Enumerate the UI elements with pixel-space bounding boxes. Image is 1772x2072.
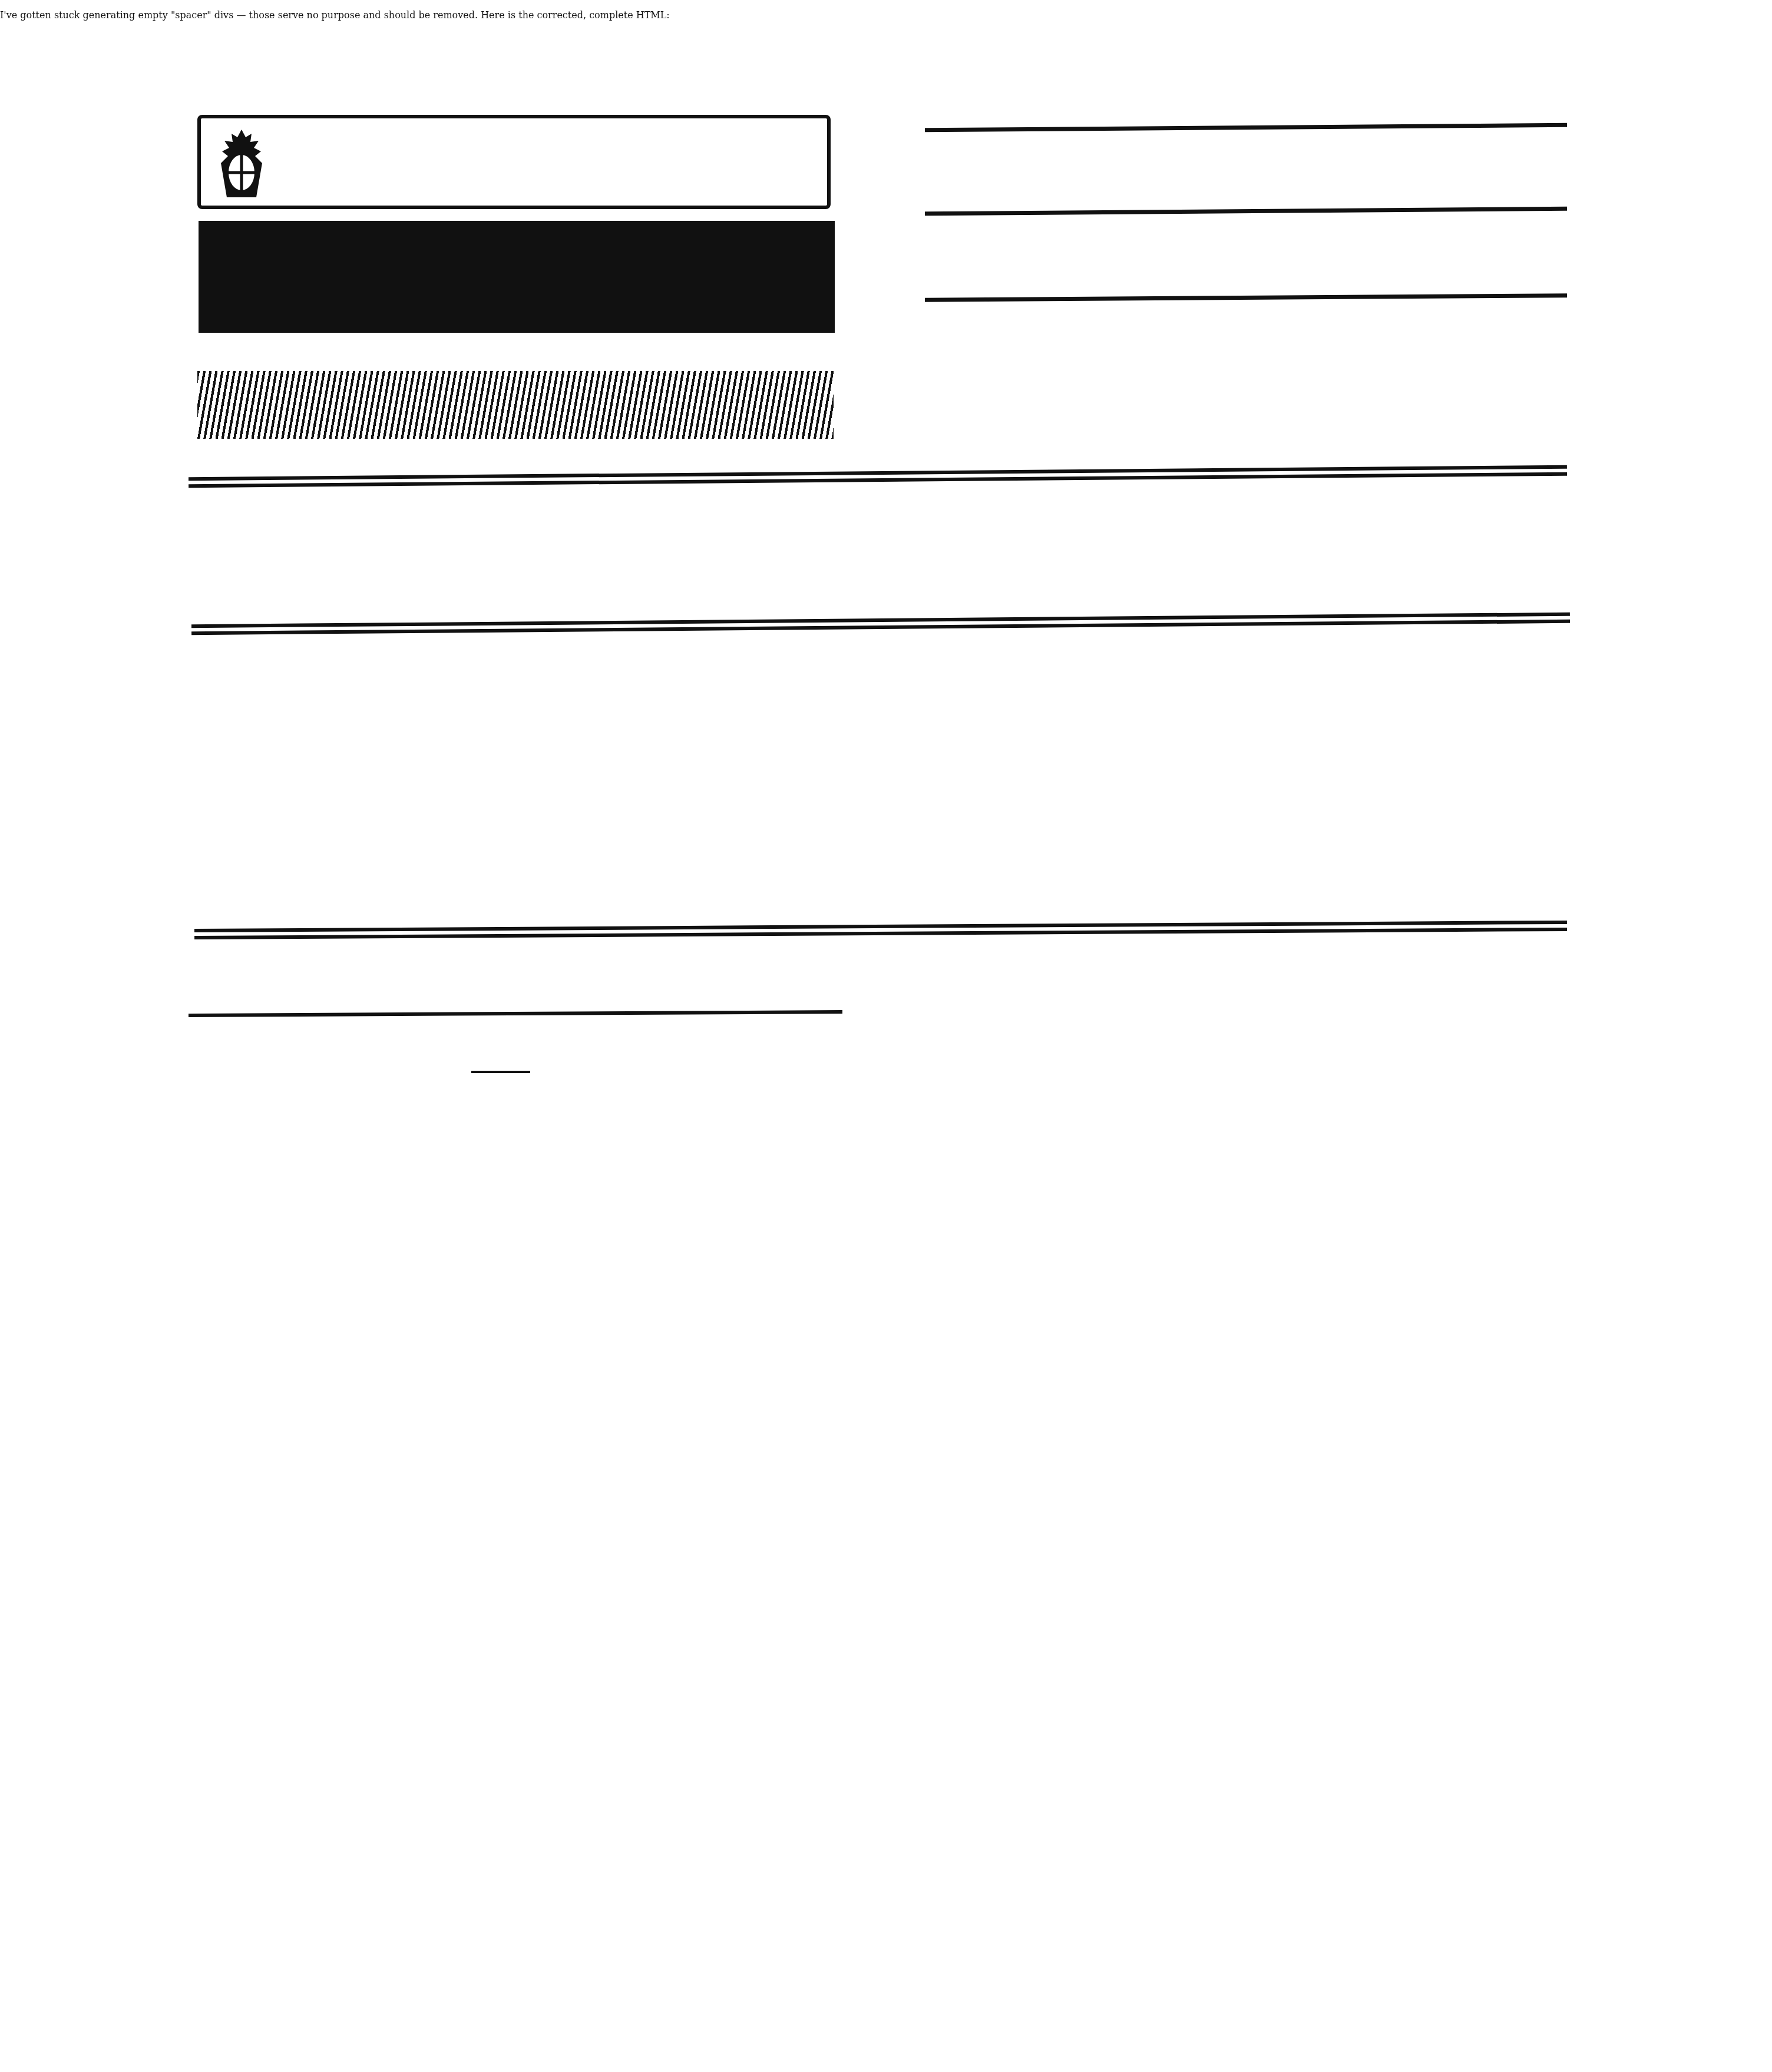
coat-of-arms-icon [215,127,268,203]
divider-sumario-bottom [191,613,1570,635]
header-rule-1 [925,123,1567,133]
masthead-oficial-block [199,221,835,333]
section-rule [189,1010,842,1017]
ministry-underline [471,1071,530,1073]
header-rule-2 [925,207,1567,216]
documentos-band [197,371,834,439]
header-rule-3 [925,293,1567,302]
divider-sumario-top [189,465,1567,488]
masthead-diario-box [197,115,831,209]
divider-poder-ejecutivo [194,921,1567,939]
